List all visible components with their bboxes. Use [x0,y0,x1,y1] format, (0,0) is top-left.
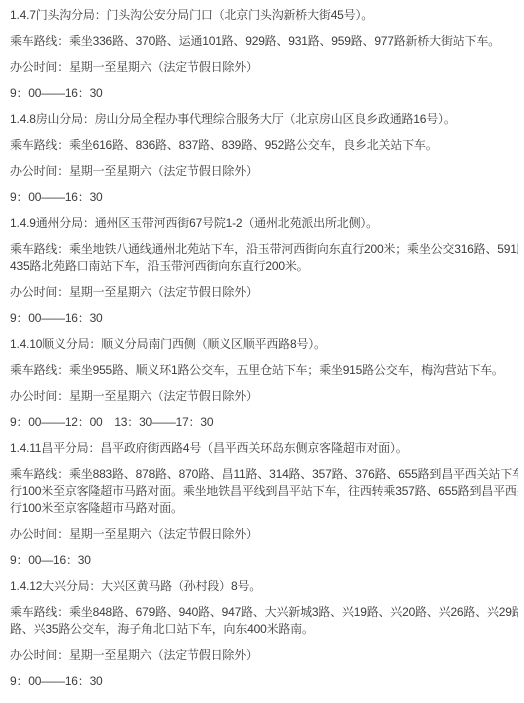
office-time: 9：00——16：30 [10,189,518,206]
office-time-para: 9：00——16：30 [10,310,518,327]
branch-title: 1.4.9通州分局：通州区玉带河西街67号院1-2（通州北苑派出所北侧）。 [10,215,518,232]
branch-section-mentougou: 1.4.7门头沟分局：门头沟公安分局门口（北京门头沟新桥大街45号）。 乘车路线… [10,7,518,102]
office-time: 9：00——16：30 [10,85,518,102]
office-hours-para: 办公时间：星期一至星期六（法定节假日除外） [10,647,518,664]
office-time: 9：00—16：30 [10,552,518,569]
bus-route-para: 乘车路线：乘坐地铁八通线通州北苑站下车，沿玉带河西街向东直行200米；乘坐公交3… [10,241,518,275]
branch-title-para: 1.4.8房山分局：房山分局全程办事代理综合服务大厅（北京房山区良乡政通路16号… [10,111,518,128]
branch-title-para: 1.4.12大兴分局：大兴区黄马路（孙村段）8号。 [10,578,518,595]
bus-route-line: 行100米至京客隆超市马路对面。乘坐地铁昌平线到昌平站下车，往西转乘357路、6… [10,483,518,500]
branch-title: 1.4.11昌平分局：昌平政府街西路4号（昌平西关环岛东侧京客隆超市对面）。 [10,440,518,457]
office-hours: 办公时间：星期一至星期六（法定节假日除外） [10,163,518,180]
office-time: 9：00——16：30 [10,310,518,327]
branch-title-para: 1.4.11昌平分局：昌平政府街西路4号（昌平西关环岛东侧京客隆超市对面）。 [10,440,518,457]
branch-title: 1.4.12大兴分局：大兴区黄马路（孙村段）8号。 [10,578,518,595]
branch-section-changping: 1.4.11昌平分局：昌平政府街西路4号（昌平西关环岛东侧京客隆超市对面）。 乘… [10,440,518,569]
bus-route-line: 路、兴35路公交车，海子角北口站下车，向东400米路南。 [10,621,518,638]
office-time: 9：00——12：00 13：30——17：30 [10,414,518,431]
branch-title: 1.4.8房山分局：房山分局全程办事代理综合服务大厅（北京房山区良乡政通路16号… [10,111,518,128]
office-hours: 办公时间：星期一至星期六（法定节假日除外） [10,59,518,76]
branch-section-daxing: 1.4.12大兴分局：大兴区黄马路（孙村段）8号。 乘车路线：乘坐848路、67… [10,578,518,690]
document-body: 1.4.7门头沟分局：门头沟公安分局门口（北京门头沟新桥大街45号）。 乘车路线… [0,0,524,703]
office-hours-para: 办公时间：星期一至星期六（法定节假日除外） [10,59,518,76]
bus-route-line: 乘车路线：乘坐955路、顺义环1路公交车，五里仓站下车；乘坐915路公交车，梅沟… [10,362,518,379]
office-hours: 办公时间：星期一至星期六（法定节假日除外） [10,647,518,664]
office-time-para: 9：00——12：00 13：30——17：30 [10,414,518,431]
bus-route-line: 乘车路线：乘坐848路、679路、940路、947路、大兴新城3路、兴19路、兴… [10,604,518,621]
office-time-para: 9：00——16：30 [10,85,518,102]
office-time-para: 9：00——16：30 [10,673,518,690]
office-time-para: 9：00——16：30 [10,189,518,206]
bus-route-para: 乘车路线：乘坐336路、370路、运通101路、929路、931路、959路、9… [10,33,518,50]
office-hours: 办公时间：星期一至星期六（法定节假日除外） [10,388,518,405]
office-hours: 办公时间：星期一至星期六（法定节假日除外） [10,526,518,543]
branch-section-tongzhou: 1.4.9通州分局：通州区玉带河西街67号院1-2（通州北苑派出所北侧）。 乘车… [10,215,518,327]
bus-route-para: 乘车路线：乘坐883路、878路、870路、昌11路、314路、357路、376… [10,466,518,517]
branch-section-shunyi: 1.4.10顺义分局：顺义分局南门西侧（顺义区顺平西路8号）。 乘车路线：乘坐9… [10,336,518,431]
bus-route-line: 乘车路线：乘坐883路、878路、870路、昌11路、314路、357路、376… [10,466,518,483]
office-hours-para: 办公时间：星期一至星期六（法定节假日除外） [10,163,518,180]
office-hours-para: 办公时间：星期一至星期六（法定节假日除外） [10,388,518,405]
branch-title-para: 1.4.9通州分局：通州区玉带河西街67号院1-2（通州北苑派出所北侧）。 [10,215,518,232]
bus-route-para: 乘车路线：乘坐848路、679路、940路、947路、大兴新城3路、兴19路、兴… [10,604,518,638]
branch-title: 1.4.10顺义分局：顺义分局南门西侧（顺义区顺平西路8号）。 [10,336,518,353]
bus-route-line: 435路北苑路口南站下车，沿玉带河西街向东直行200米。 [10,258,518,275]
bus-route-para: 乘车路线：乘坐616路、836路、837路、839路、952路公交车，良乡北关站… [10,137,518,154]
office-hours-para: 办公时间：星期一至星期六（法定节假日除外） [10,526,518,543]
branch-section-fangshan: 1.4.8房山分局：房山分局全程办事代理综合服务大厅（北京房山区良乡政通路16号… [10,111,518,206]
office-time-para: 9：00—16：30 [10,552,518,569]
office-hours-para: 办公时间：星期一至星期六（法定节假日除外） [10,284,518,301]
office-hours: 办公时间：星期一至星期六（法定节假日除外） [10,284,518,301]
bus-route-line: 乘车路线：乘坐地铁八通线通州北苑站下车，沿玉带河西街向东直行200米；乘坐公交3… [10,241,518,258]
bus-route-line: 行100米至京客隆超市马路对面。 [10,500,518,517]
branch-title: 1.4.7门头沟分局：门头沟公安分局门口（北京门头沟新桥大街45号）。 [10,7,518,24]
branch-title-para: 1.4.7门头沟分局：门头沟公安分局门口（北京门头沟新桥大街45号）。 [10,7,518,24]
bus-route-para: 乘车路线：乘坐955路、顺义环1路公交车，五里仓站下车；乘坐915路公交车，梅沟… [10,362,518,379]
bus-route-line: 乘车路线：乘坐616路、836路、837路、839路、952路公交车，良乡北关站… [10,137,518,154]
office-time: 9：00——16：30 [10,673,518,690]
branch-title-para: 1.4.10顺义分局：顺义分局南门西侧（顺义区顺平西路8号）。 [10,336,518,353]
bus-route-line: 乘车路线：乘坐336路、370路、运通101路、929路、931路、959路、9… [10,33,518,50]
